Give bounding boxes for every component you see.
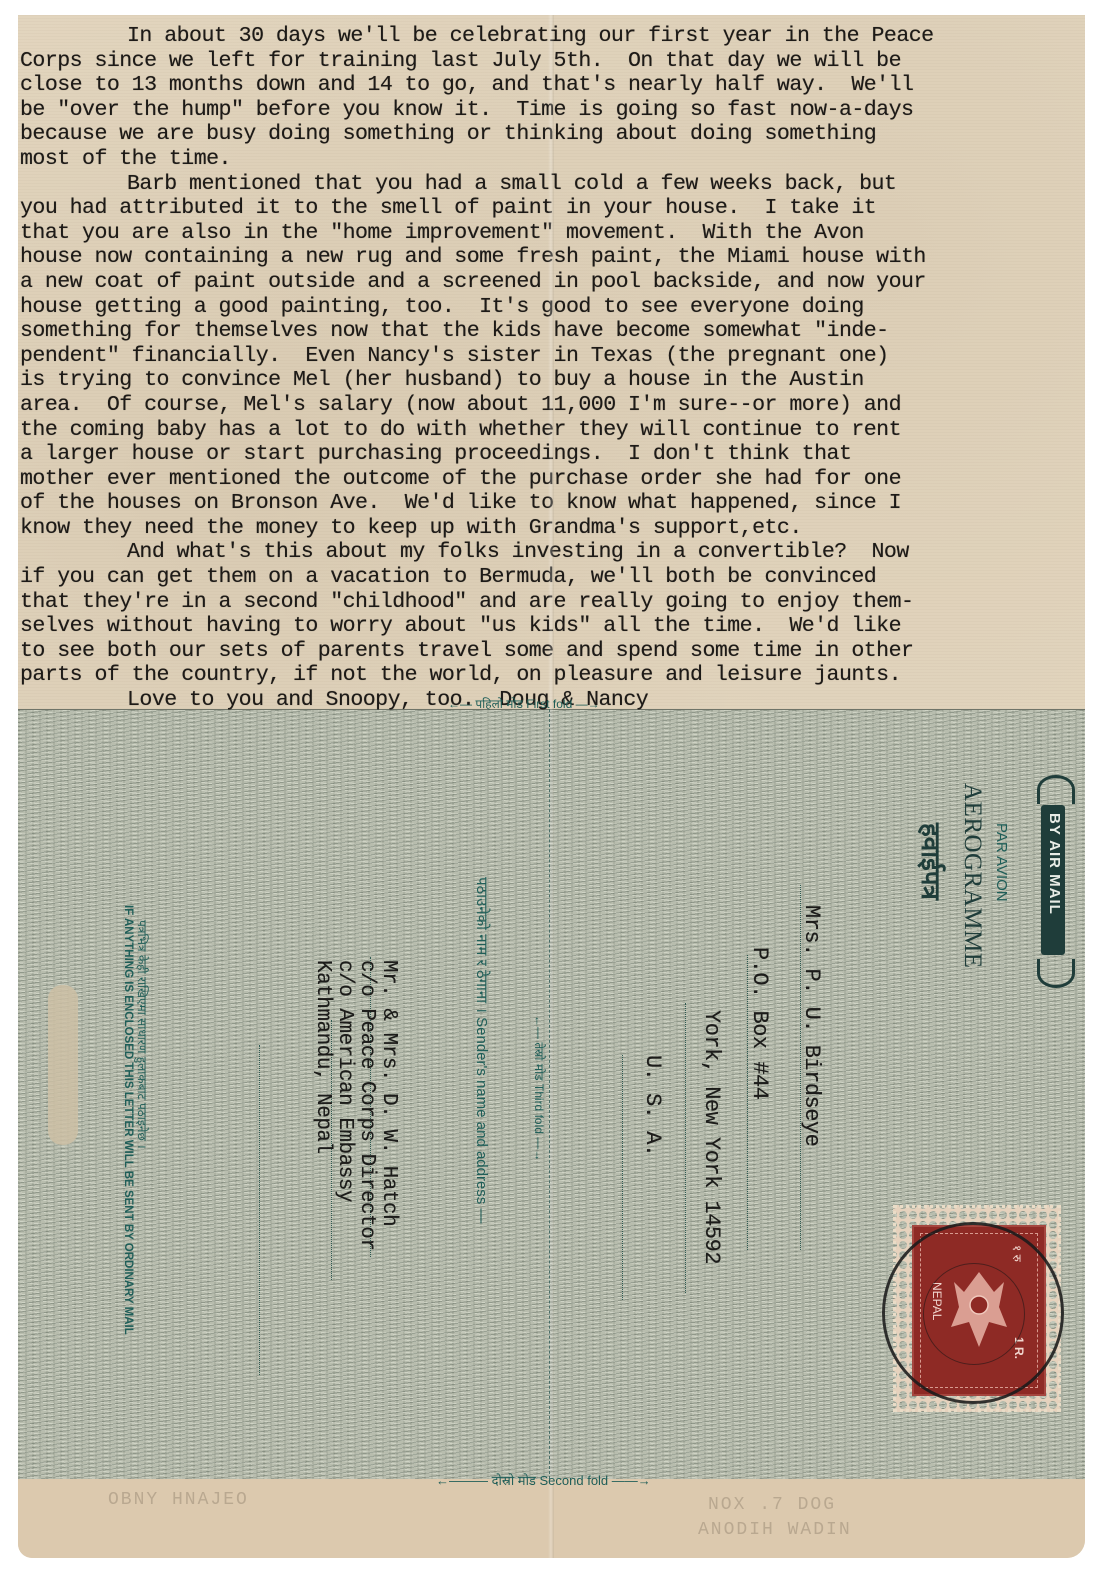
letter-line: In about 30 days we'll be celebrating ou… [20, 24, 1085, 49]
letter-line: mother ever mentioned the outcome of the… [20, 467, 1085, 492]
aerogramme-title-nepali: हवाईपत्र [914, 823, 950, 900]
right-arrow-icon: ——→ [608, 1473, 651, 1488]
letter-line: of the houses on Bronson Ave. We'd like … [20, 491, 1085, 516]
right-arrow-icon: —→ [572, 697, 599, 711]
postmark-cancellation [882, 1222, 1064, 1404]
airmail-label: BY AIR MAIL [1046, 813, 1063, 915]
address-line-4 [622, 1055, 623, 1300]
letter-line: you had attributed it to the smell of pa… [20, 196, 1085, 221]
enclosure-warning-nepali: पत्रभित्र केही राखिएमा साधारण हुलाकबाट प… [134, 920, 151, 1149]
aerogramme-title: AEROGRAMME [958, 783, 986, 969]
letter-line: a new coat of paint outside and a screen… [20, 270, 1085, 295]
sender-city: Kathmandu, Nepal [311, 960, 334, 1154]
sender-line-embassy: c/o American Embassy [333, 960, 356, 1202]
recipient-city: York, New York 14592 [699, 1010, 724, 1264]
letter-line: a larger house or start purchasing proce… [20, 442, 1085, 467]
wing-icon [1037, 959, 1075, 988]
sender-name: Mr. & Mrs. D. W. Hatch [377, 960, 400, 1226]
sender-label: पठाउनेको नाम र ठेगाना । Sender's name an… [472, 877, 492, 1223]
letter-line: something for themselves now that the ki… [20, 319, 1085, 344]
letter-line: close to 13 months down and 14 to go, an… [20, 73, 1085, 98]
letter-line: because we are busy doing something or t… [20, 122, 1085, 147]
sender-line-peace-corps: c/o Peace Corps Director [355, 960, 378, 1250]
par-avion-label: PAR AVION [993, 823, 1010, 902]
letter-line: selves without having to worry about "us… [20, 614, 1085, 639]
third-fold-line [549, 709, 550, 1479]
letter-line: the coming baby has a lot to do with whe… [20, 418, 1085, 443]
flap-tear-mark [48, 985, 78, 1145]
show-through-text: ANODIH WADIN [698, 1520, 852, 1540]
recipient-country: U. S. A. [640, 1055, 665, 1157]
letter-line: pendent" financially. Even Nancy's siste… [20, 344, 1085, 369]
show-through-text: NOX .7 DOG [708, 1495, 836, 1515]
letter-line: to see both our sets of parents travel s… [20, 639, 1085, 664]
letter-line: house getting a good painting, too. It's… [20, 295, 1085, 320]
left-arrow-icon: ←— [448, 697, 475, 711]
recipient-name: Mrs. P. U. Birdseye [799, 905, 824, 1146]
letter-line: Barb mentioned that you had a small cold… [20, 172, 1085, 197]
letter-line: And what's this about my folks investing… [20, 540, 1085, 565]
letter-line: know they need the money to keep up with… [20, 516, 1085, 541]
left-arrow-icon: ←— [532, 1015, 546, 1042]
left-arrow-icon: ←——— [436, 1473, 492, 1488]
enclosure-warning-english: IF ANYTHING IS ENCLOSED THIS LETTER WILL… [122, 905, 134, 1335]
sender-line-3 [259, 1045, 260, 1375]
letter-line: Corps since we left for training last Ju… [20, 49, 1085, 74]
letter-line: that you are also in the "home improveme… [20, 221, 1085, 246]
airmail-badge: BY AIR MAIL [1033, 775, 1073, 985]
letter-line: house now containing a new rug and some … [20, 245, 1085, 270]
letter-line: that they're in a second "childhood" and… [20, 590, 1085, 615]
second-fold-label: ←——— दोस्रो मोड Second fold ——→ [436, 1471, 651, 1489]
show-through-text: OBNY HNAJEO [108, 1490, 249, 1510]
typed-letter-body: In about 30 days we'll be celebrating ou… [20, 24, 1085, 713]
recipient-po-box: P.O. Box #44 [747, 947, 772, 1099]
letter-line: area. Of course, Mel's salary (now about… [20, 393, 1085, 418]
letter-line: if you can get them on a vacation to Ber… [20, 565, 1085, 590]
letter-line: is trying to convince Mel (her husband) … [20, 368, 1085, 393]
third-fold-label: ←— तेस्रो मोड Third fold —→ [531, 1015, 548, 1161]
letter-line: be "over the hump" before you know it. T… [20, 98, 1085, 123]
letter-line: parts of the country, if not the world, … [20, 663, 1085, 688]
wing-icon [1037, 775, 1075, 804]
address-line-3 [685, 1003, 686, 1293]
postmark-inner-ring [923, 1263, 1025, 1365]
letter-line: most of the time. [20, 147, 1085, 172]
first-fold-label: ←— पहिलो मोड First fold —→ [448, 695, 600, 712]
right-arrow-icon: —→ [532, 1134, 546, 1161]
